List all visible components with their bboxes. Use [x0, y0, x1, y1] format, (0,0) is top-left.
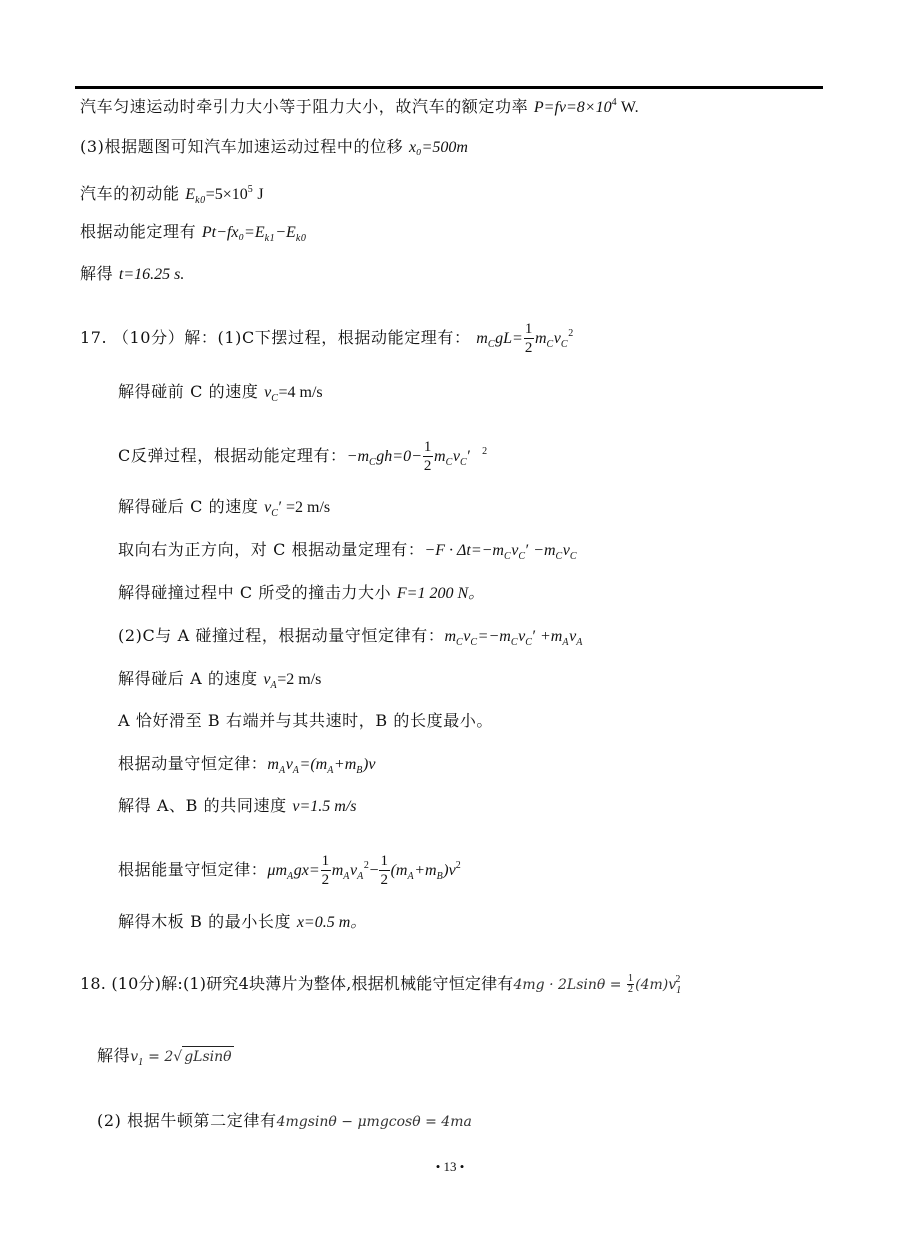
sqrt-symbol: √ [173, 1049, 182, 1065]
exponent: 2 [675, 974, 680, 985]
formula: Pt−fx₀=E [202, 224, 265, 241]
text: 取向右为正方向，对 C 根据动量定理有： [118, 540, 424, 559]
subscript: C [525, 637, 532, 648]
fraction: 12 [379, 852, 389, 889]
subscript: C [271, 508, 278, 519]
var: v [130, 1049, 138, 1065]
fraction: 12 [627, 974, 634, 995]
line-initial-ke: 汽车的初动能 Ek0=5×105 J [80, 180, 264, 211]
formula-mid: −E [275, 224, 296, 241]
subscript: C [570, 551, 577, 562]
exponent: 2 [568, 328, 574, 339]
text: 解得 A、B 的共同速度 [118, 796, 292, 815]
numerator: 1 [379, 852, 389, 871]
var: m [476, 330, 488, 347]
formula: x₀=500m [409, 139, 468, 156]
denominator: 2 [524, 339, 534, 357]
fraction: 12 [321, 852, 331, 889]
var: μm [267, 862, 287, 879]
page-number: • 13 • [0, 1159, 900, 1175]
value: =4 m/s [279, 384, 323, 401]
numerator: 1 [321, 852, 331, 871]
unit: W. [617, 99, 638, 116]
subscript: A [357, 871, 364, 882]
q17-s1: 解得碰前 C 的速度 vC=4 m/s [118, 382, 323, 409]
question-header: 17. （10分）解：(1)C下摆过程，根据动能定理有： [80, 328, 471, 347]
formula: v=1.5 m/s [292, 798, 356, 815]
line-rated-power: 汽车匀速运动时牵引力大小等于阻力大小，故汽车的额定功率 P=fv=8×104 W… [80, 93, 639, 118]
subscript: C [446, 457, 453, 468]
formula: x=0.5 m。 [297, 914, 366, 931]
formula: 4mgsinθ − μmgcosθ = 4ma [277, 1114, 472, 1130]
subscript: C [556, 551, 563, 562]
var: −m [529, 542, 555, 559]
text: 解得碰前 C 的速度 [118, 382, 264, 401]
formula: (4m)v [635, 977, 676, 993]
denominator: 2 [627, 985, 634, 995]
var: +m [536, 628, 562, 645]
text: 解得碰撞过程中 C 所受的撞击力大小 [118, 583, 397, 602]
q17-s6: (2)C与 A 碰撞过程，根据动量守恒定律有：mCvC=−mCvC′ +mAvA [118, 626, 583, 653]
unit: J [253, 186, 263, 203]
var: v [453, 448, 460, 465]
value: =2 m/s [282, 499, 330, 516]
var: +m [334, 756, 356, 773]
text: (2)C与 A 碰撞过程，根据动量守恒定律有： [118, 626, 444, 645]
exponent: 2 [456, 860, 462, 871]
subscript: A [343, 871, 350, 882]
formula: −F · Δt=−m [424, 542, 504, 559]
subscript: C [518, 551, 525, 562]
var: m [267, 756, 279, 773]
text: C反弹过程，根据动能定理有： [118, 446, 347, 465]
numerator: 1 [423, 438, 433, 457]
prime: ′ [467, 448, 471, 465]
var: m [332, 862, 344, 879]
q18-header: 18. (10分)解:(1)研究4块薄片为整体,根据机械能守恒定律有4mg · … [80, 970, 681, 1001]
q17-s9: 根据动量守恒定律：mAvA=(mA+mB)v [118, 754, 375, 781]
text: 根据动能定理有 [80, 222, 202, 241]
formula: t=16.25 s. [119, 266, 184, 283]
text: (2) 根据牛顿第二定律有 [97, 1111, 277, 1130]
sqrt-content: gLsinθ [182, 1046, 233, 1067]
q17-s10: 解得 A、B 的共同速度 v=1.5 m/s [118, 796, 357, 817]
value: =2 m/s [277, 671, 321, 688]
subscript: C [547, 339, 554, 350]
var: gx= [294, 862, 320, 879]
q17-s3: 解得碰后 C 的速度 vC′ =2 m/s [118, 497, 330, 524]
formula: F=1 200 N。 [397, 585, 484, 602]
subscript: A [293, 765, 300, 776]
text: 汽车匀速运动时牵引力大小等于阻力大小，故汽车的额定功率 [80, 97, 534, 116]
text: 汽车的初动能 [80, 184, 185, 203]
var: gL= [495, 330, 523, 347]
line-displacement: (3)根据题图可知汽车加速运动过程中的位移 x₀=500m [80, 137, 468, 158]
var: (m [391, 862, 408, 879]
formula: 4mg · 2Lsinθ = [514, 977, 626, 993]
var: −m [347, 448, 369, 465]
numerator: 1 [524, 320, 534, 339]
q17-s4: 取向右为正方向，对 C 根据动量定理有：−F · Δt=−mCvC′ −mCvC [118, 540, 577, 567]
text: 解得 [80, 264, 119, 283]
formula: E [185, 186, 195, 203]
q18-s1: 解得v1 = 2√gLsinθ [97, 1046, 234, 1073]
formula-rest: =5×10 [206, 186, 248, 203]
var: m [535, 330, 547, 347]
text: 根据能量守恒定律： [118, 860, 267, 879]
subscript: A [287, 871, 294, 882]
subscript: A [576, 637, 583, 648]
var: +m [414, 862, 436, 879]
line-solve-t: 解得 t=16.25 s. [80, 264, 184, 285]
text: A 恰好滑至 B 右端并与其共速时，B 的长度最小。 [118, 711, 493, 730]
text: 根据动量守恒定律： [118, 754, 267, 773]
var: )v [443, 862, 455, 879]
var: v [286, 756, 293, 773]
q17-s2: C反弹过程，根据动能定理有：−mCgh=0−12mCvC′ 2 [118, 438, 488, 475]
subscript: A [279, 765, 286, 776]
q18-s2: (2) 根据牛顿第二定律有4mgsinθ − μmgcosθ = 4ma [97, 1111, 472, 1132]
var: =−m [478, 628, 511, 645]
subscript: k0 [195, 195, 206, 206]
subscript: C [470, 637, 477, 648]
subscript: k1 [265, 233, 276, 244]
text: 解得碰后 C 的速度 [118, 497, 264, 516]
exponent: 2 [482, 446, 488, 457]
q17-s8: A 恰好滑至 B 右端并与其共速时，B 的长度最小。 [118, 711, 493, 731]
question-header: 18. (10分)解:(1)研究4块薄片为整体,根据机械能守恒定律有 [80, 974, 514, 993]
text: 解得碰后 A 的速度 [118, 669, 263, 688]
text: (3)根据题图可知汽车加速运动过程中的位移 [80, 137, 409, 156]
fraction: 12 [524, 320, 534, 357]
q17-header: 17. （10分）解：(1)C下摆过程，根据动能定理有： mCgL=12mCvC… [80, 320, 574, 357]
var: v [263, 671, 270, 688]
subscript: B [356, 765, 363, 776]
var: gh=0− [376, 448, 422, 465]
q17-s7: 解得碰后 A 的速度 vA=2 m/s [118, 669, 321, 696]
text: 解得木板 B 的最小长度 [118, 912, 297, 931]
subscript: A [327, 765, 334, 776]
denominator: 2 [379, 871, 389, 889]
var: m [444, 628, 456, 645]
var: =(m [300, 756, 328, 773]
var: m [434, 448, 446, 465]
fraction: 12 [423, 438, 433, 475]
var: v [563, 542, 570, 559]
line-ke-theorem: 根据动能定理有 Pt−fx₀=Ek1−Ek0 [80, 222, 306, 249]
denominator: 2 [321, 871, 331, 889]
operator: − [369, 862, 378, 879]
subscript: k0 [296, 233, 307, 244]
var: )v [363, 756, 375, 773]
formula: P=fv=8×10 [534, 99, 612, 116]
q17-s11: 根据能量守恒定律：μmAgx=12mAvA2−12(mA+mB)v2 [118, 852, 461, 889]
text: 解得 [97, 1046, 130, 1065]
top-rule [75, 86, 823, 89]
subscript: C [561, 339, 568, 350]
q17-s12: 解得木板 B 的最小长度 x=0.5 m。 [118, 912, 366, 933]
formula: = 2 [144, 1049, 174, 1065]
denominator: 2 [423, 457, 433, 475]
q17-s5: 解得碰撞过程中 C 所受的撞击力大小 F=1 200 N。 [118, 583, 484, 604]
subscript: C [271, 393, 278, 404]
subscript: 1 [676, 985, 681, 996]
var: v [554, 330, 561, 347]
